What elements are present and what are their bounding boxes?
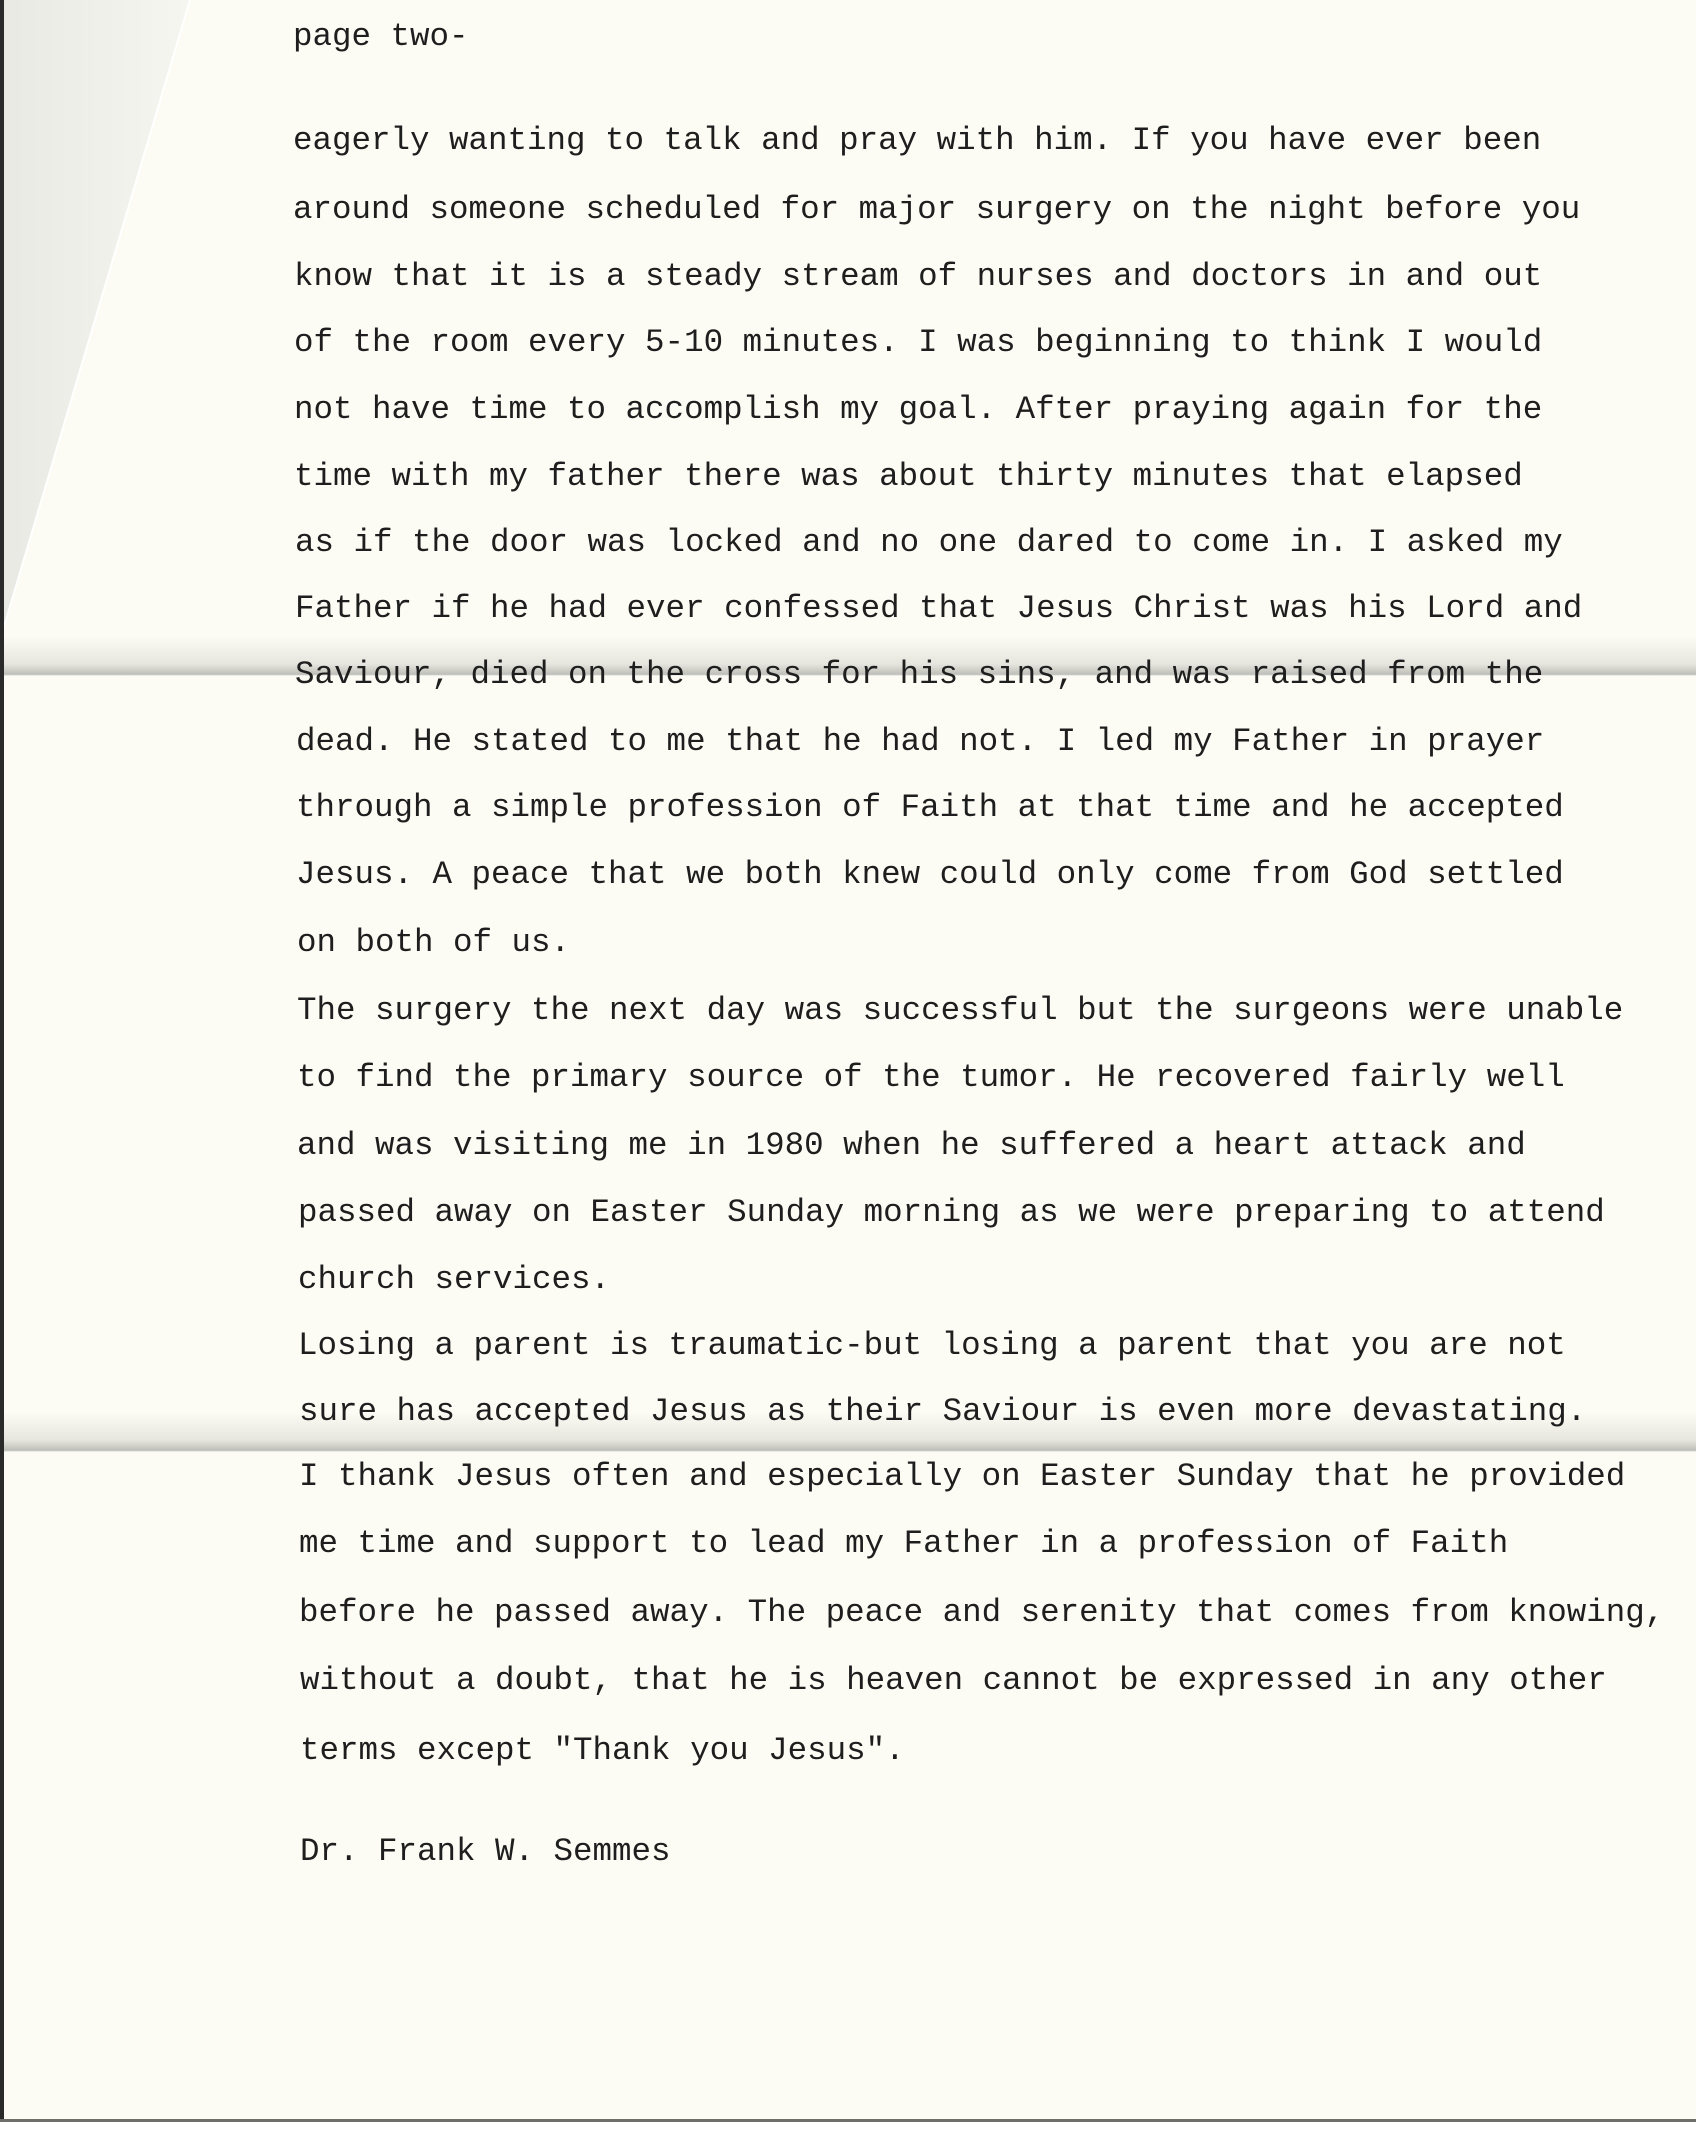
letter-line: of the room every 5-10 minutes. I was be…	[294, 323, 1542, 363]
letter-line: passed away on Easter Sunday morning as …	[298, 1193, 1605, 1233]
letter-line: without a doubt, that he is heaven canno…	[300, 1661, 1607, 1701]
page-header: page two-	[293, 17, 469, 57]
letter-line: The surgery the next day was successful …	[297, 991, 1623, 1031]
letter-line: terms except "Thank you Jesus".	[300, 1731, 905, 1771]
letter-line: to find the primary source of the tumor.…	[297, 1058, 1565, 1098]
letter-line: I thank Jesus often and especially on Ea…	[299, 1457, 1625, 1497]
letter-line: church services.	[298, 1260, 610, 1300]
letter-line: not have time to accomplish my goal. Aft…	[294, 390, 1542, 430]
letter-line: time with my father there was about thir…	[294, 457, 1523, 497]
letter-line: Jesus. A peace that we both knew could o…	[296, 855, 1564, 895]
scan-background	[0, 2122, 1696, 2149]
letter-line: as if the door was locked and no one dar…	[295, 523, 1563, 563]
letter-line: dead. He stated to me that he had not. I…	[296, 722, 1544, 762]
letter-line: Saviour, died on the cross for his sins,…	[295, 655, 1543, 695]
letter-line: Losing a parent is traumatic-but losing …	[298, 1326, 1566, 1366]
letter-line: and was visiting me in 1980 when he suff…	[297, 1126, 1526, 1166]
letter-line: around someone scheduled for major surge…	[293, 190, 1580, 230]
letter-line: know that it is a steady stream of nurse…	[294, 257, 1542, 297]
letter-line: on both of us.	[297, 923, 570, 963]
letter-line: eagerly wanting to talk and pray with hi…	[293, 121, 1541, 161]
letter-line: Father if he had ever confessed that Jes…	[295, 589, 1582, 629]
scan-left-edge	[0, 0, 4, 2149]
letter-line: before he passed away. The peace and ser…	[299, 1593, 1664, 1633]
letter-line: sure has accepted Jesus as their Saviour…	[299, 1392, 1586, 1432]
letter-line: through a simple profession of Faith at …	[296, 788, 1564, 828]
letter-line: me time and support to lead my Father in…	[299, 1524, 1508, 1564]
signature: Dr. Frank W. Semmes	[300, 1832, 671, 1872]
